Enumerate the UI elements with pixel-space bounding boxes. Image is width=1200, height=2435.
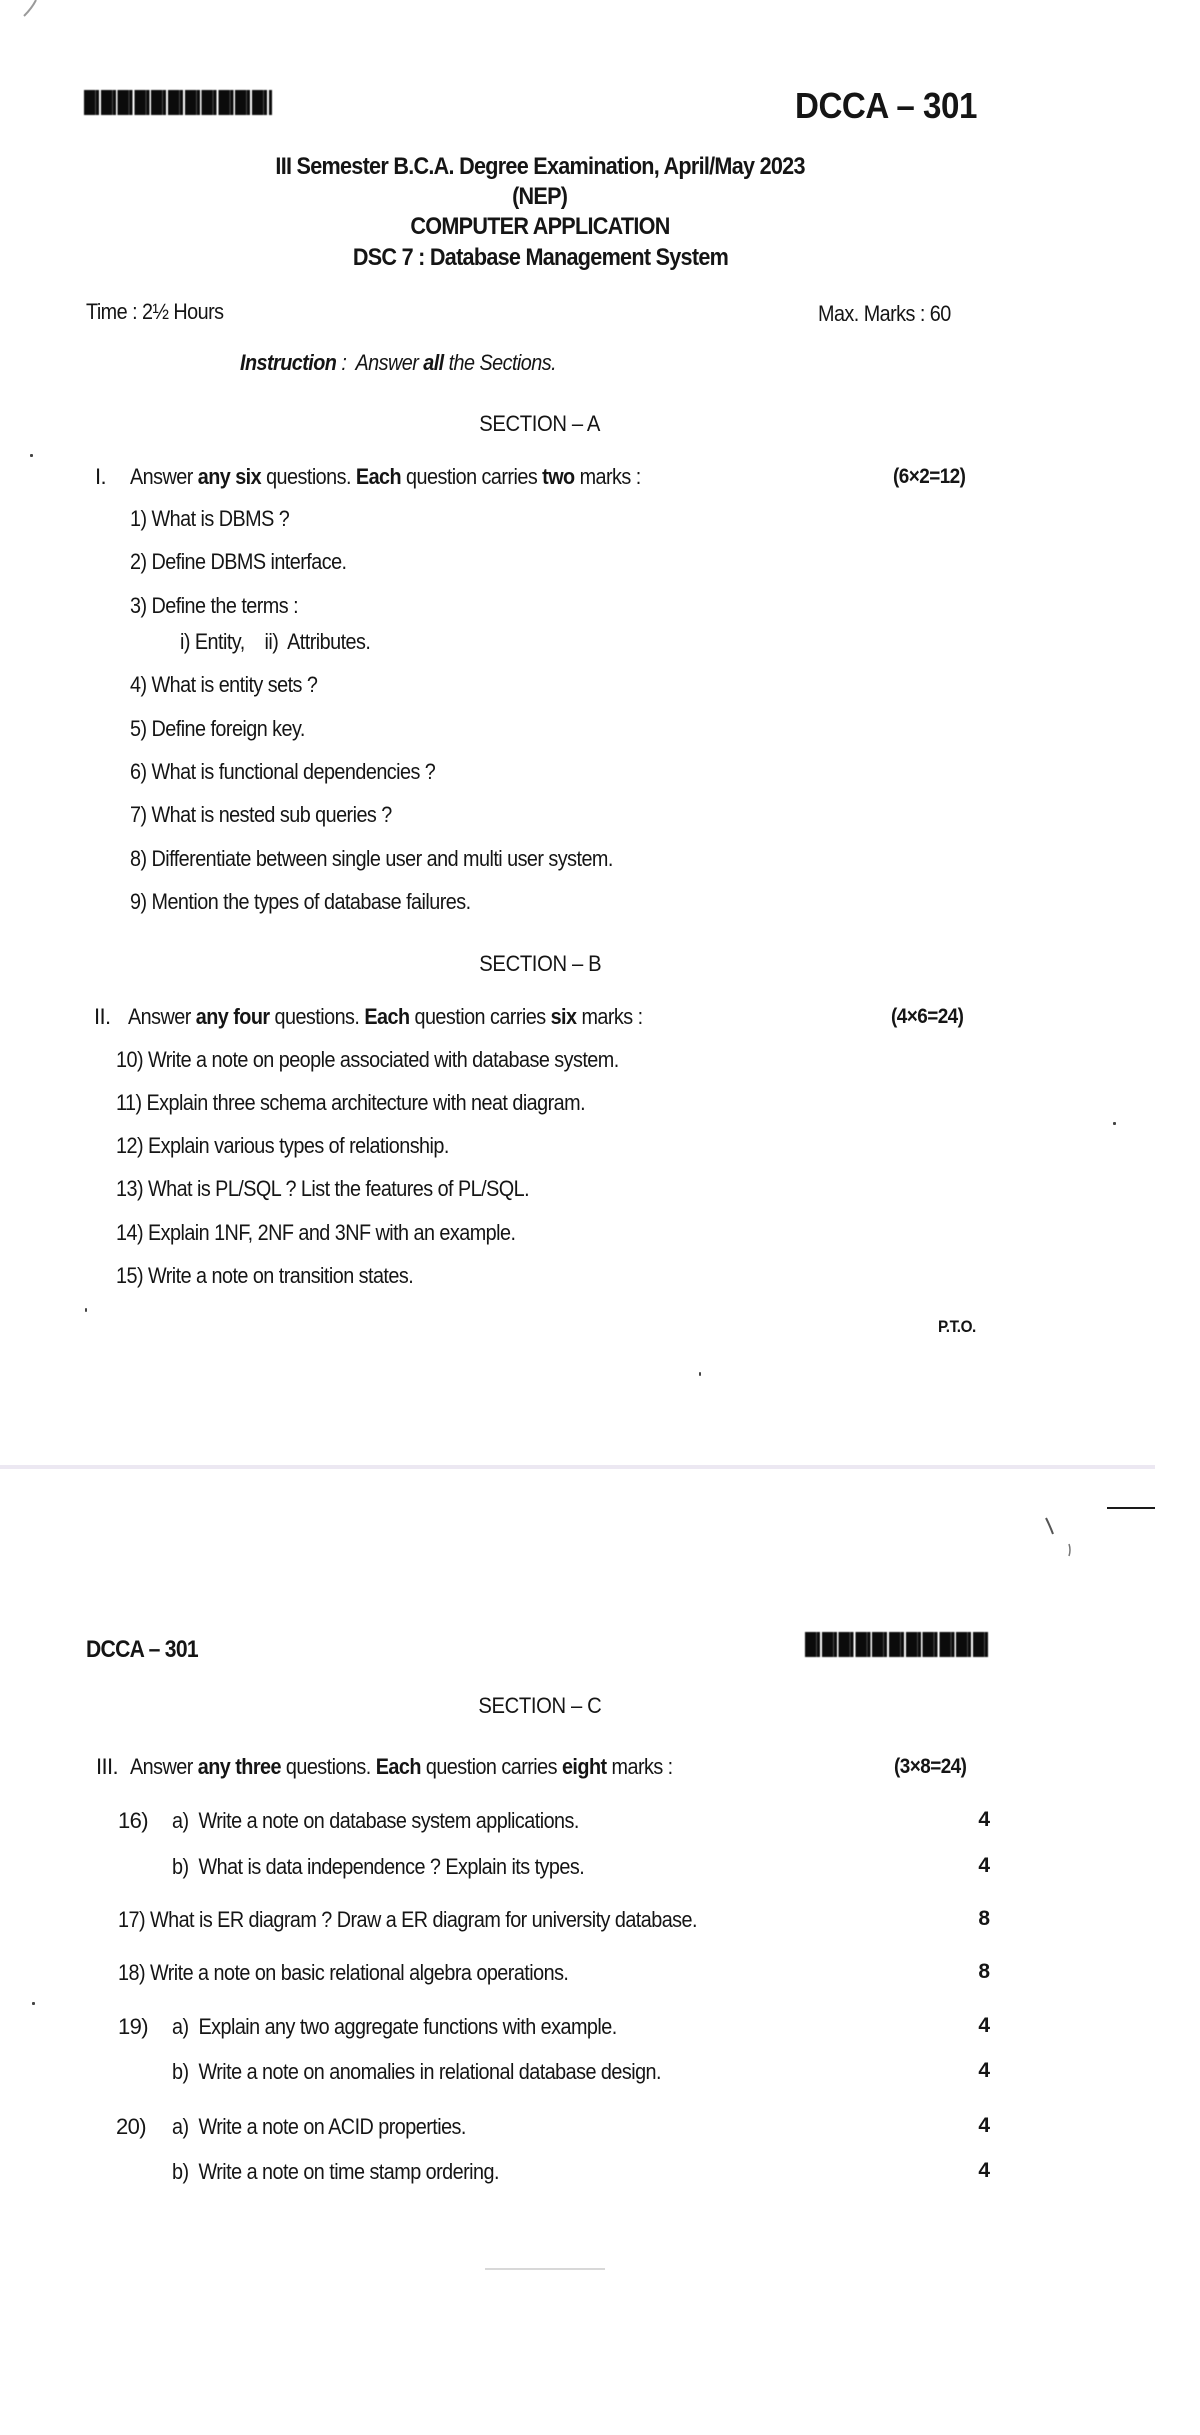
paper-code: DCCA – 301 <box>795 85 993 127</box>
question-20b-marks: 4 <box>960 2159 990 2183</box>
question-18-marks: 8 <box>960 1960 990 1984</box>
question-19b-marks: 4 <box>960 2059 990 2083</box>
question-16-number: 16) <box>118 1808 148 1834</box>
question-3: 3) Define the terms : <box>130 593 317 619</box>
question-1: 1) What is DBMS ? <box>130 506 307 532</box>
scan-speck <box>30 454 33 457</box>
margin-rule <box>1107 1507 1155 1509</box>
section-a-instruction: Answer any six questions. Each question … <box>130 464 697 490</box>
question-2: 2) Define DBMS interface. <box>130 549 371 575</box>
section-c-roman: III. <box>96 1754 118 1780</box>
question-9: 9) Mention the types of database failure… <box>130 889 508 915</box>
question-16b-marks: 4 <box>960 1854 990 1878</box>
question-20a: a) Write a note on ACID properties. <box>172 2114 499 2140</box>
scan-speck <box>32 2002 35 2005</box>
question-16a-marks: 4 <box>960 1808 990 1832</box>
section-b-instruction: Answer any four questions. Each question… <box>128 1004 700 1030</box>
question-19b: b) Write a note on anomalies in relation… <box>172 2059 715 2085</box>
section-b-title: SECTION – B <box>0 951 1080 977</box>
scan-speck <box>85 1308 87 1312</box>
section-a-title: SECTION – A <box>0 411 1080 437</box>
question-3-subparts: i) Entity, ii) Attributes. <box>180 629 391 655</box>
barcode-icon <box>805 1632 990 1657</box>
section-a-roman: I. <box>95 464 106 490</box>
question-20a-marks: 4 <box>960 2114 990 2138</box>
question-11: 11) Explain three schema architecture wi… <box>116 1090 637 1116</box>
question-5: 5) Define foreign key. <box>130 716 324 742</box>
question-14: 14) Explain 1NF, 2NF and 3NF with an exa… <box>116 1220 560 1246</box>
barcode-icon <box>84 90 272 115</box>
stray-mark-icon <box>1040 1510 1080 1560</box>
section-c-marks: (3×8=24) <box>894 1755 974 1779</box>
question-10: 10) Write a note on people associated wi… <box>116 1047 675 1073</box>
max-marks: Max. Marks : 60 <box>818 301 965 327</box>
scan-speck <box>699 1372 701 1376</box>
section-b-marks: (4×6=24) <box>891 1005 971 1029</box>
paper-code-page2: DCCA – 301 <box>86 1636 213 1664</box>
question-8: 8) Differentiate between single user and… <box>130 846 667 872</box>
question-16a: a) Write a note on database system appli… <box>172 1808 624 1834</box>
exam-subject: COMPUTER APPLICATION <box>0 212 1080 242</box>
question-6: 6) What is functional dependencies ? <box>130 759 469 785</box>
instruction-label: Instruction <box>240 350 336 375</box>
section-a-marks: (6×2=12) <box>893 465 973 489</box>
question-20-number: 20) <box>116 2114 146 2140</box>
question-12: 12) Explain various types of relationshi… <box>116 1133 486 1159</box>
exam-scheme: (NEP) <box>0 182 1080 212</box>
section-b-roman: II. <box>94 1004 111 1030</box>
scan-speck <box>1113 1122 1116 1125</box>
exam-title: III Semester B.C.A. Degree Examination, … <box>0 152 1080 182</box>
question-4: 4) What is entity sets ? <box>130 672 338 698</box>
page-divider <box>0 1465 1155 1469</box>
end-of-paper-rule <box>485 2268 605 2270</box>
question-16b: b) What is data independence ? Explain i… <box>172 1854 630 1880</box>
time-allowed: Time : 2½ Hours <box>86 299 239 325</box>
question-15: 15) Write a note on transition states. <box>116 1263 446 1289</box>
section-c-instruction: Answer any three questions. Each questio… <box>130 1754 733 1780</box>
pto-label: P.T.O. <box>938 1317 980 1337</box>
exam-paper-name: DSC 7 : Database Management System <box>0 243 1080 273</box>
question-19a: a) Explain any two aggregate functions w… <box>172 2014 666 2040</box>
question-17-marks: 8 <box>960 1907 990 1931</box>
question-18: 18) Write a note on basic relational alg… <box>118 1960 618 1986</box>
question-17: 17) What is ER diagram ? Draw a ER diagr… <box>118 1907 761 1933</box>
instruction: Instruction : Answer all the Sections. <box>240 350 591 376</box>
question-20b: b) Write a note on time stamp ordering. <box>172 2159 535 2185</box>
section-c-title: SECTION – C <box>0 1693 1080 1719</box>
question-19-number: 19) <box>118 2014 148 2040</box>
question-13: 13) What is PL/SQL ? List the features o… <box>116 1176 575 1202</box>
question-7: 7) What is nested sub queries ? <box>130 802 421 828</box>
stray-mark-icon <box>10 0 40 20</box>
question-19a-marks: 4 <box>960 2014 990 2038</box>
